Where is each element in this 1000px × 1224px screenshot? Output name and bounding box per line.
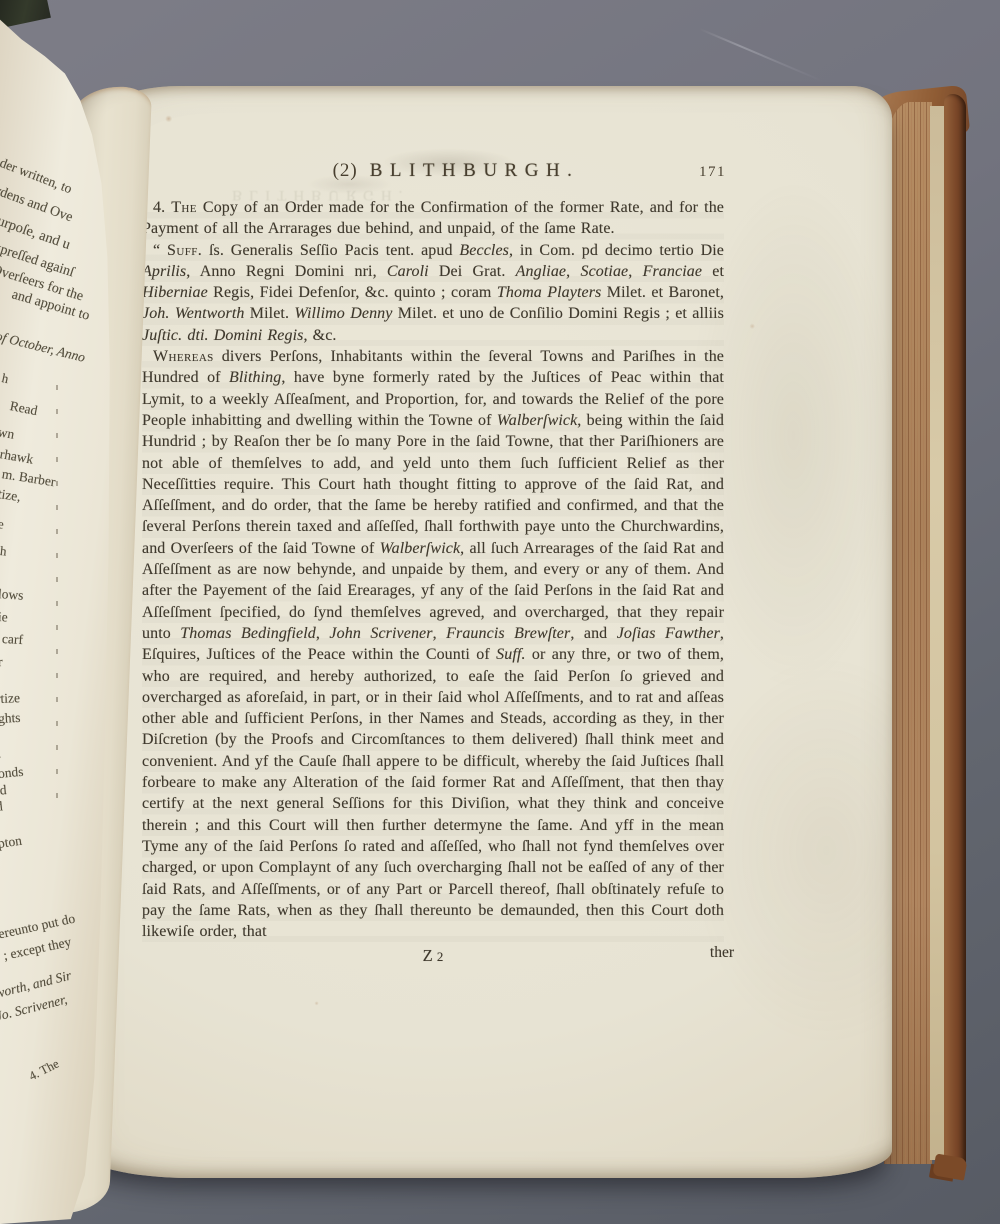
left-page-text-fragment: 4. The xyxy=(27,1056,62,1084)
left-page-text-fragment: rtize xyxy=(0,690,20,707)
page-header: (2)BLITHBURGH. 171 BLITHBURGH. xyxy=(142,160,724,190)
left-page-text-fragment: tize, xyxy=(0,486,22,505)
left-page-text-fragment: rhawk xyxy=(0,446,35,468)
paragraph-sessions-latin: “ Suff. ſs. Generalis Seſſio Pacis tent.… xyxy=(142,240,724,346)
left-page-text-fragment: e xyxy=(0,516,5,533)
dark-object-top-left xyxy=(0,0,51,30)
left-page-text-fragment: Read xyxy=(8,398,38,419)
paragraph-whereas-order: Whereas divers Perſons, Inhabitants with… xyxy=(142,346,724,942)
left-page-text-fragment: ie xyxy=(0,609,8,625)
left-page-text-fragment: pton xyxy=(0,833,23,852)
folio-number: 171 xyxy=(699,164,726,181)
ledger-figures-edge xyxy=(56,385,58,815)
left-page-text-fragment: h xyxy=(0,370,10,387)
left-page-text-fragment: lows xyxy=(0,586,24,604)
left-page-text-fragment: of October, Anno xyxy=(0,328,87,366)
paragraph-order-heading: 4. The Copy of an Order made for the Con… xyxy=(142,197,724,240)
left-page-text-fragment: d xyxy=(0,798,4,815)
catchword: ther xyxy=(710,944,734,962)
left-page-text-fragment: onds xyxy=(0,764,24,782)
right-page: (2)BLITHBURGH. 171 BLITHBURGH. 4. The Co… xyxy=(70,86,892,1178)
fore-edge xyxy=(884,94,966,1170)
book-photograph: (2)BLITHBURGH. 171 BLITHBURGH. 4. The Co… xyxy=(0,0,1000,1224)
signature-mark: Z 2 xyxy=(142,946,724,966)
left-page-text-fragment: carf xyxy=(2,631,24,648)
left-page-text-fragment: r xyxy=(0,654,3,670)
page-footer: Z 2 ther xyxy=(142,946,724,970)
left-page-text-fragment: r xyxy=(0,751,1,767)
show-through-ghost: BLITHBURGH. xyxy=(232,186,409,203)
cover-tear xyxy=(932,1153,967,1180)
left-page-text-fragment: wn xyxy=(0,424,16,443)
book-cover-edge xyxy=(944,94,966,1166)
left-page-text-fragment: h xyxy=(0,543,7,560)
left-page-text-fragment: ghts xyxy=(0,710,21,727)
header-section-number: (2) xyxy=(333,160,358,181)
page-title: BLITHBURGH. xyxy=(370,160,580,181)
page-content: (2)BLITHBURGH. 171 BLITHBURGH. 4. The Co… xyxy=(142,160,724,970)
body-text: 4. The Copy of an Order made for the Con… xyxy=(142,197,724,942)
background-scratch xyxy=(699,28,821,81)
left-page-text-fragment: id xyxy=(0,782,7,799)
